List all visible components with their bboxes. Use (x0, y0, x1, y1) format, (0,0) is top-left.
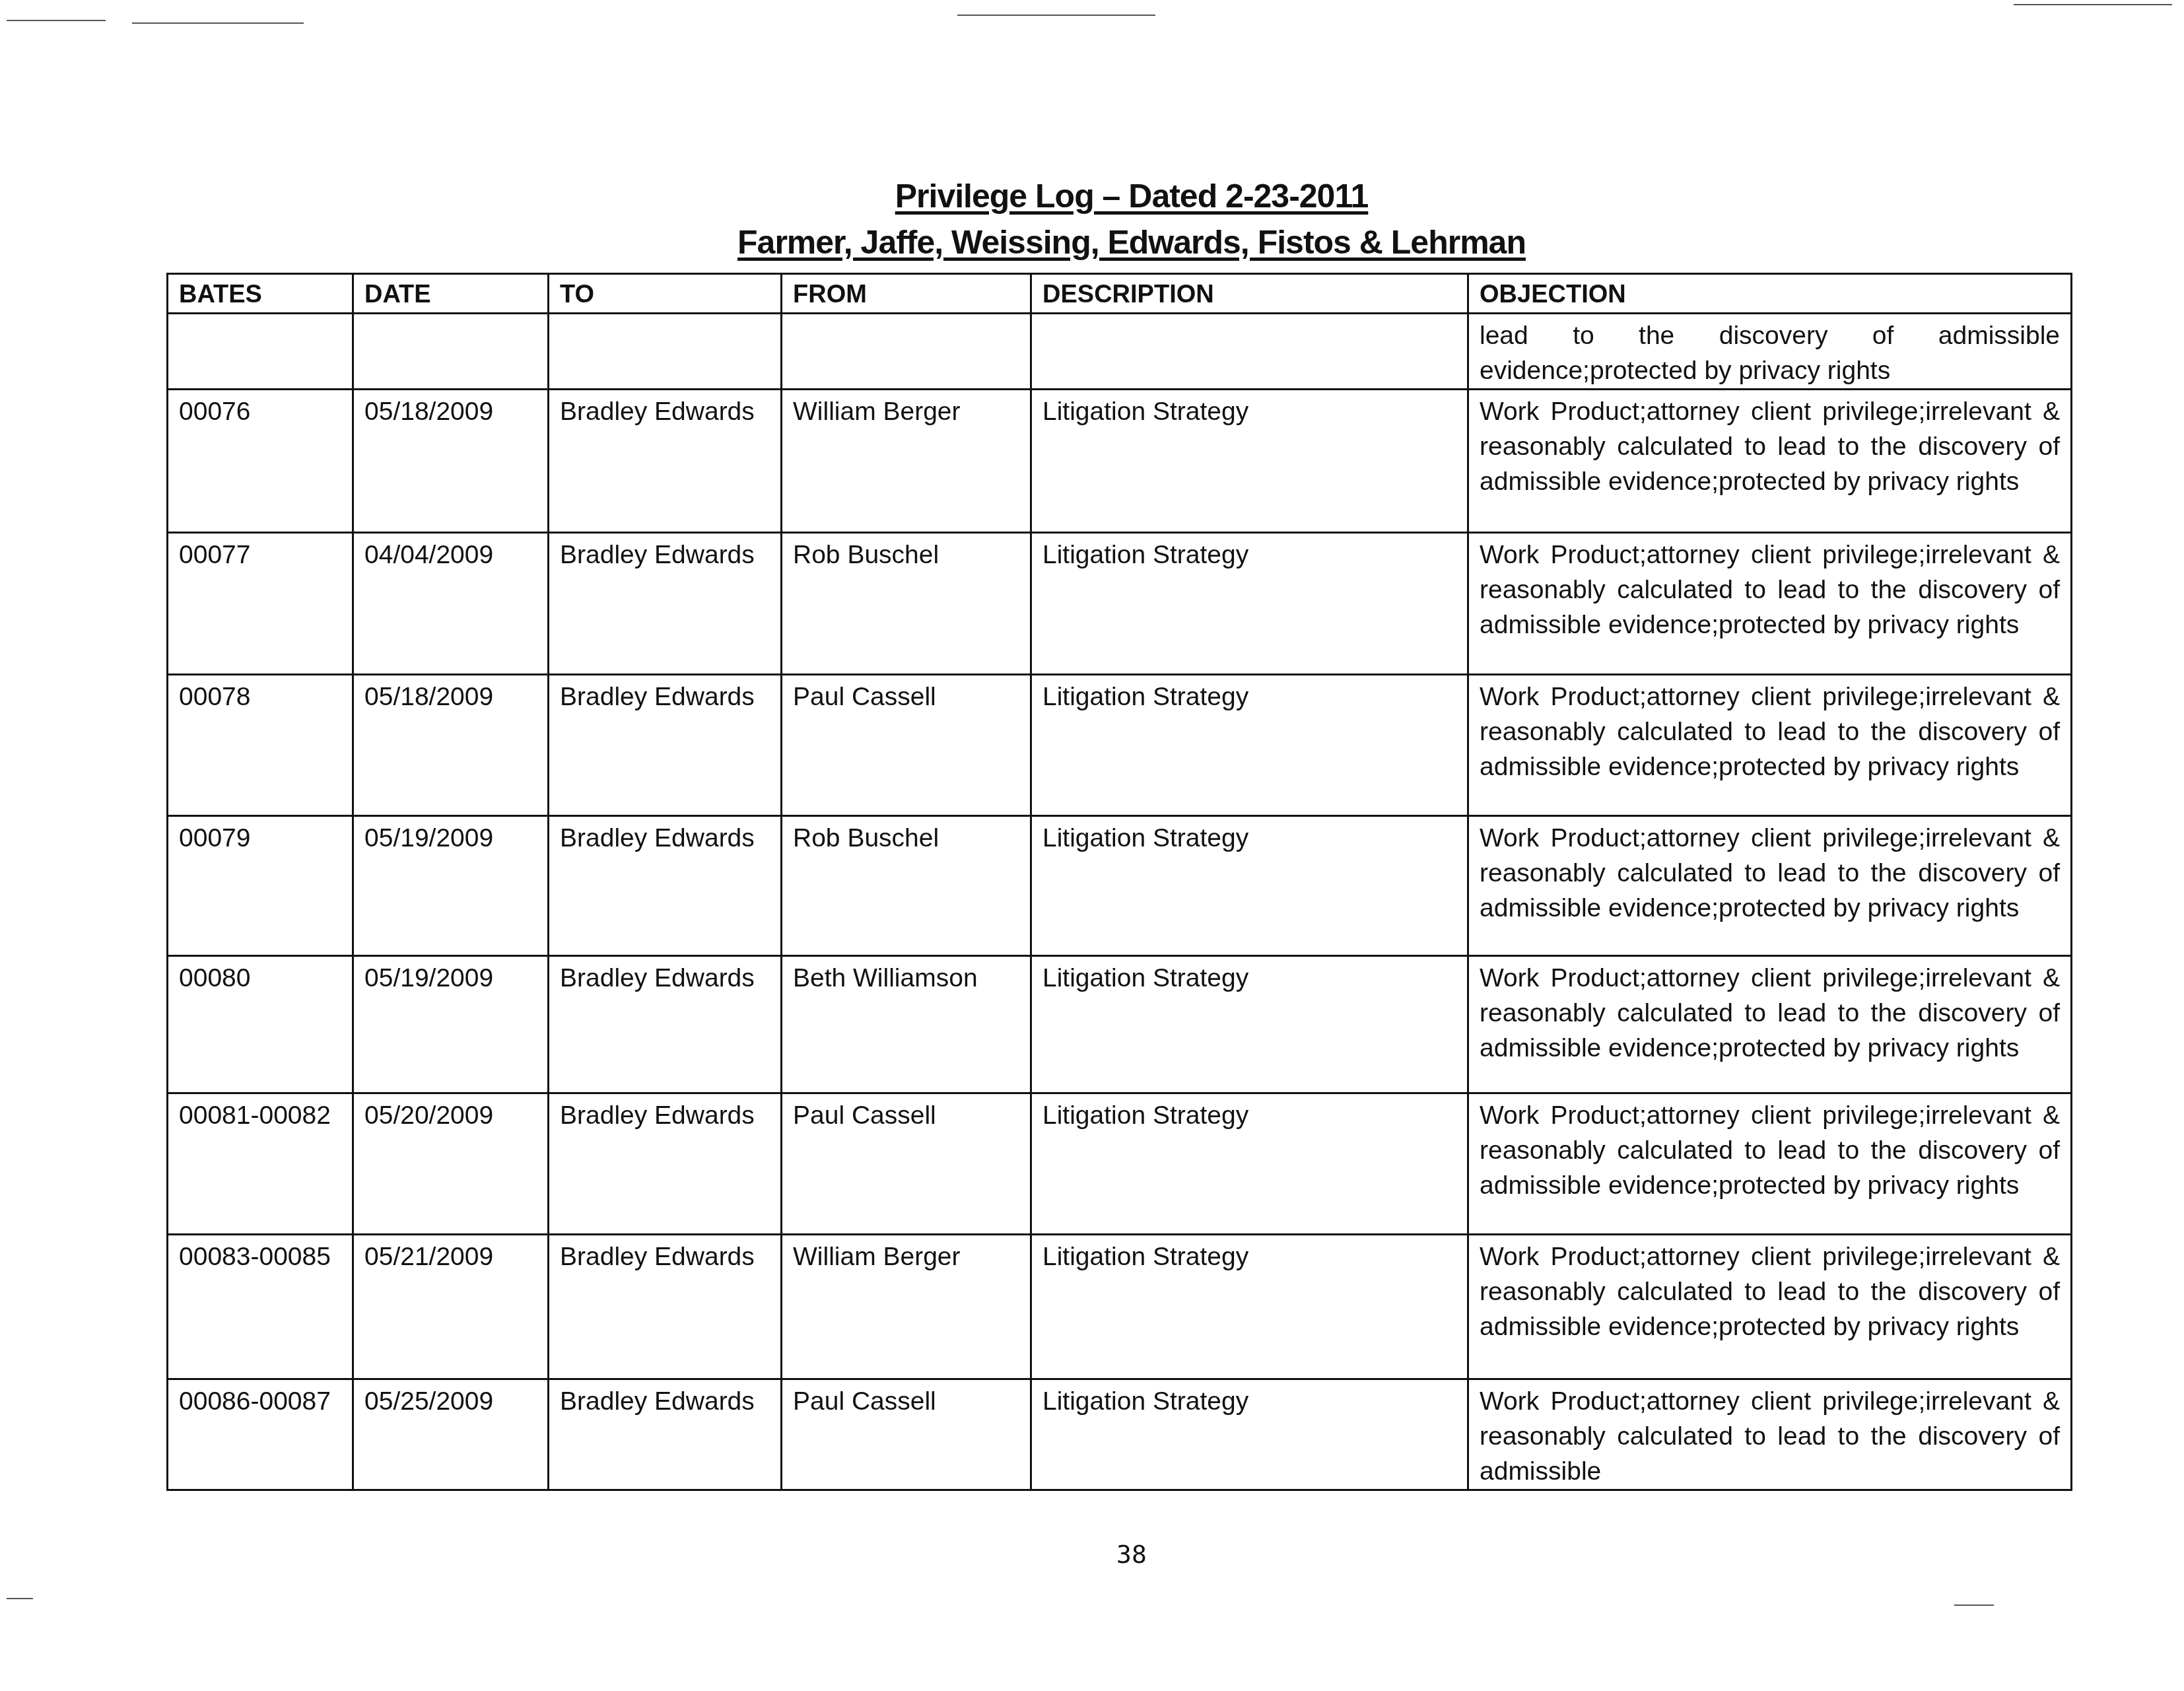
cell-description: Litigation Strategy (1031, 816, 1468, 956)
document-title: Privilege Log – Dated 2-23-2011 (40, 177, 2184, 215)
column-header-description: DESCRIPTION (1031, 274, 1468, 314)
cell-from: Rob Buschel (782, 816, 1031, 956)
cell-bates: 00081-00082 (168, 1093, 353, 1235)
cell-bates: 00077 (168, 533, 353, 675)
column-header-from: FROM (782, 274, 1031, 314)
cell-date (353, 314, 549, 390)
cell-from: Paul Cassell (782, 1379, 1031, 1490)
cell-description: Litigation Strategy (1031, 390, 1468, 533)
cell-from: Rob Buschel (782, 533, 1031, 675)
scan-artifact (2014, 4, 2172, 5)
cell-description (1031, 314, 1468, 390)
cell-objection: Work Product;attorney client privilege;i… (1468, 390, 2072, 533)
cell-from: Paul Cassell (782, 1093, 1031, 1235)
cell-bates: 00086-00087 (168, 1379, 353, 1490)
cell-date: 05/19/2009 (353, 816, 549, 956)
scan-artifact (957, 15, 1155, 16)
table-row: 0007905/19/2009Bradley EdwardsRob Busche… (168, 816, 2072, 956)
cell-to: Bradley Edwards (549, 1235, 782, 1379)
cell-bates: 00080 (168, 956, 353, 1093)
table-row-continued: lead to the discovery of admissible evid… (168, 314, 2072, 390)
table-row: 0007805/18/2009Bradley EdwardsPaul Casse… (168, 675, 2072, 816)
cell-description: Litigation Strategy (1031, 956, 1468, 1093)
table-row: 00086-0008705/25/2009Bradley EdwardsPaul… (168, 1379, 2072, 1490)
cell-to: Bradley Edwards (549, 1093, 782, 1235)
column-header-bates: BATES (168, 274, 353, 314)
cell-date: 04/04/2009 (353, 533, 549, 675)
table-row: 0008005/19/2009Bradley EdwardsBeth Willi… (168, 956, 2072, 1093)
cell-bates (168, 314, 353, 390)
scan-artifact (132, 22, 304, 24)
cell-to: Bradley Edwards (549, 533, 782, 675)
cell-to: Bradley Edwards (549, 675, 782, 816)
scan-artifact (7, 1598, 33, 1599)
cell-to: Bradley Edwards (549, 390, 782, 533)
cell-to (549, 314, 782, 390)
table-row: 0007605/18/2009Bradley EdwardsWilliam Be… (168, 390, 2072, 533)
cell-bates: 00078 (168, 675, 353, 816)
cell-description: Litigation Strategy (1031, 533, 1468, 675)
cell-from: William Berger (782, 390, 1031, 533)
cell-objection: Work Product;attorney client privilege;i… (1468, 816, 2072, 956)
table-row: 0007704/04/2009Bradley EdwardsRob Busche… (168, 533, 2072, 675)
cell-from: Paul Cassell (782, 675, 1031, 816)
cell-objection: Work Product;attorney client privilege;i… (1468, 533, 2072, 675)
cell-from: Beth Williamson (782, 956, 1031, 1093)
cell-description: Litigation Strategy (1031, 1093, 1468, 1235)
cell-to: Bradley Edwards (549, 956, 782, 1093)
cell-date: 05/19/2009 (353, 956, 549, 1093)
privilege-log-table: BATES DATE TO FROM DESCRIPTION OBJECTION… (166, 273, 2072, 1491)
table-header-row: BATES DATE TO FROM DESCRIPTION OBJECTION (168, 274, 2072, 314)
cell-description: Litigation Strategy (1031, 1235, 1468, 1379)
cell-from: William Berger (782, 1235, 1031, 1379)
cell-date: 05/25/2009 (353, 1379, 549, 1490)
cell-bates: 00079 (168, 816, 353, 956)
column-header-date: DATE (353, 274, 549, 314)
page-number: 38 (0, 1540, 2184, 1569)
scan-artifact (1954, 1605, 1994, 1606)
document-subtitle: Farmer, Jaffe, Weissing, Edwards, Fistos… (40, 223, 2184, 261)
cell-objection: lead to the discovery of admissible evid… (1468, 314, 2072, 390)
cell-date: 05/18/2009 (353, 390, 549, 533)
cell-objection: Work Product;attorney client privilege;i… (1468, 1235, 2072, 1379)
cell-date: 05/20/2009 (353, 1093, 549, 1235)
cell-objection: Work Product;attorney client privilege;i… (1468, 675, 2072, 816)
cell-date: 05/18/2009 (353, 675, 549, 816)
table-row: 00081-0008205/20/2009Bradley EdwardsPaul… (168, 1093, 2072, 1235)
cell-to: Bradley Edwards (549, 816, 782, 956)
cell-description: Litigation Strategy (1031, 1379, 1468, 1490)
scan-artifact (7, 20, 106, 21)
cell-from (782, 314, 1031, 390)
cell-date: 05/21/2009 (353, 1235, 549, 1379)
cell-bates: 00076 (168, 390, 353, 533)
cell-description: Litigation Strategy (1031, 675, 1468, 816)
column-header-objection: OBJECTION (1468, 274, 2072, 314)
cell-objection: Work Product;attorney client privilege;i… (1468, 1093, 2072, 1235)
cell-objection: Work Product;attorney client privilege;i… (1468, 1379, 2072, 1490)
cell-objection: Work Product;attorney client privilege;i… (1468, 956, 2072, 1093)
cell-bates: 00083-00085 (168, 1235, 353, 1379)
table-row: 00083-0008505/21/2009Bradley EdwardsWill… (168, 1235, 2072, 1379)
cell-to: Bradley Edwards (549, 1379, 782, 1490)
column-header-to: TO (549, 274, 782, 314)
